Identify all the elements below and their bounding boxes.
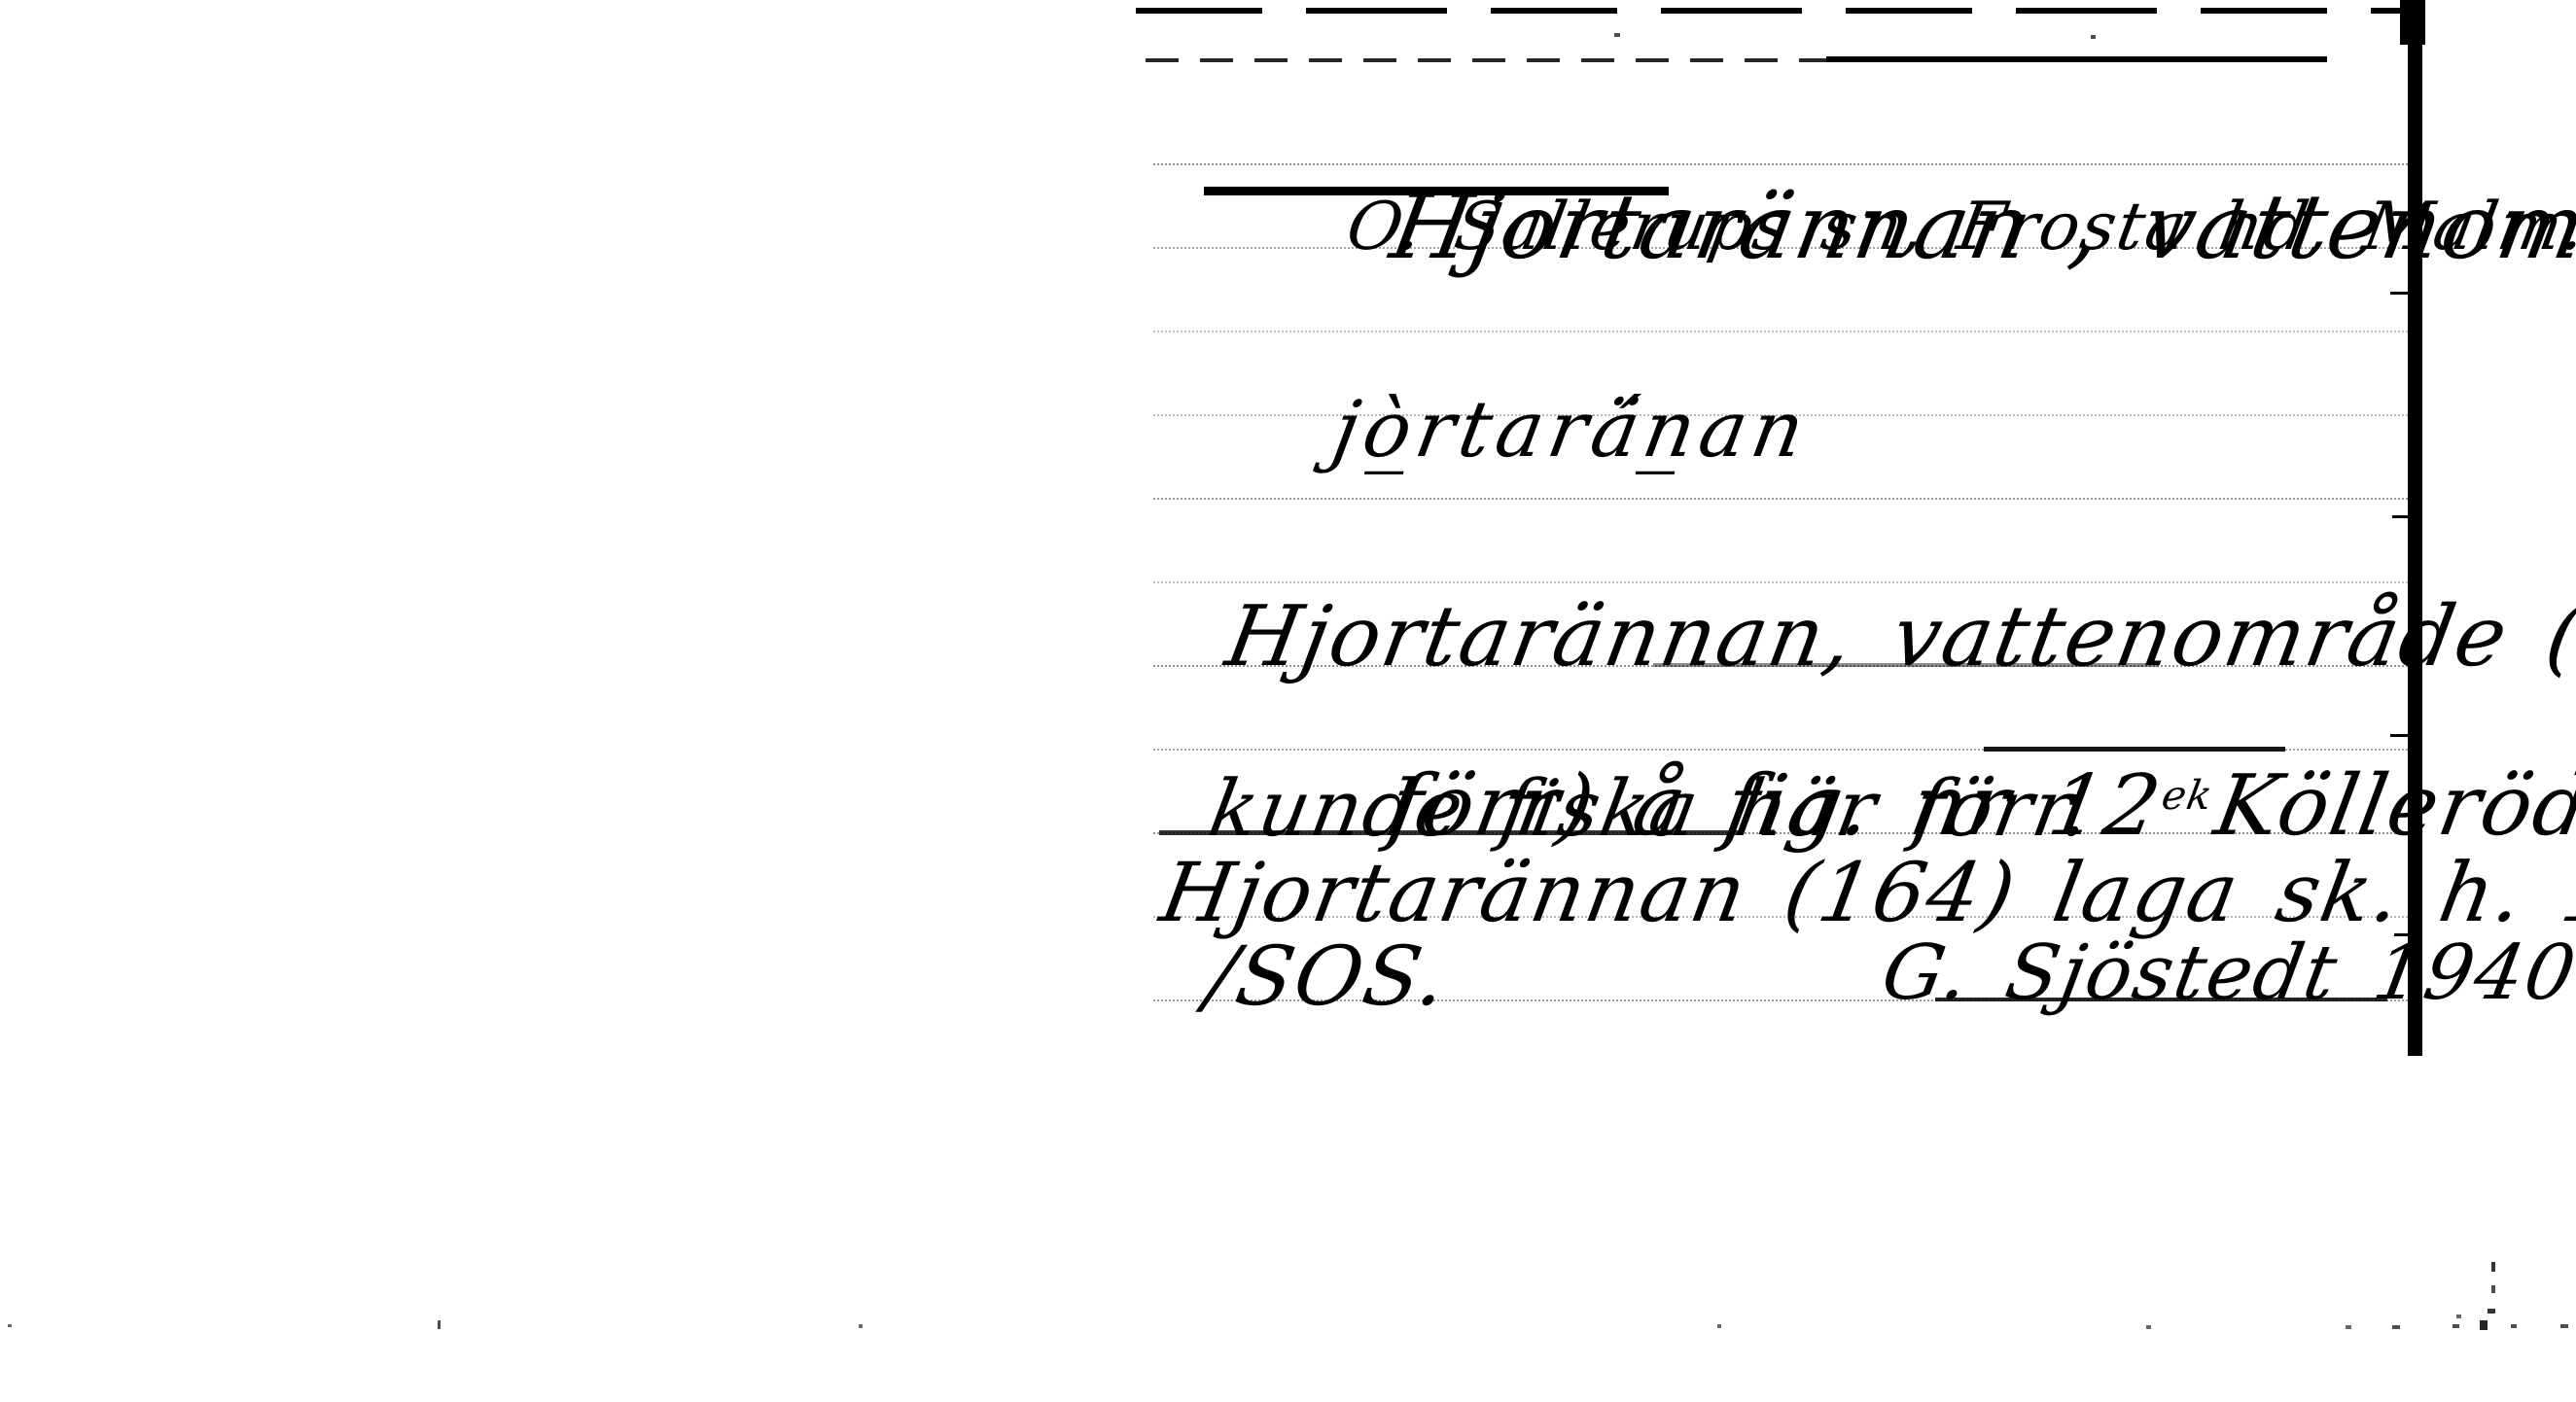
speck xyxy=(1614,33,1620,37)
speck xyxy=(2346,1325,2351,1329)
body-line-2-post: Kölleröd. Man xyxy=(2208,757,2576,855)
speck xyxy=(438,1320,441,1329)
speck xyxy=(2480,1320,2488,1330)
scan-edge-bar-top-blob xyxy=(2400,0,2425,45)
speck xyxy=(8,1324,12,1327)
speck xyxy=(2146,1325,2151,1329)
speck xyxy=(2560,1324,2568,1328)
speck xyxy=(859,1324,863,1328)
body-line-1: Hjortarännan, vattenområde (smalt xyxy=(1220,595,2576,679)
signature-name-year: G. Sjöstedt 1940. xyxy=(1877,935,2576,1011)
speck xyxy=(2091,35,2096,39)
card-top-edge-line-1 xyxy=(1136,8,2400,14)
speck xyxy=(2392,1325,2400,1329)
speck xyxy=(2511,1324,2517,1328)
ruled-line xyxy=(1153,581,2408,583)
reference-line: Hjortarännan (164) laga sk. h. 1832. xyxy=(1155,852,2576,933)
speck xyxy=(2488,1309,2495,1314)
speck xyxy=(1717,1324,1721,1328)
inserted-superscript: ek xyxy=(2158,772,2216,819)
signature-abbreviation: /SOS. xyxy=(1201,935,1455,1017)
card-top-edge-line-2-solid xyxy=(1826,56,2327,62)
speck xyxy=(2456,1314,2461,1318)
card-top-edge-line-2-dashed xyxy=(1146,58,1826,62)
speck xyxy=(2452,1324,2459,1328)
body-line-3: kunde fiska här förr. xyxy=(1204,770,2098,848)
speck xyxy=(2491,1285,2495,1293)
ruled-line xyxy=(1153,498,2408,500)
speck xyxy=(2491,1262,2495,1272)
scanned-archive-card: Hjortarännan , vattenområde i Ö. Salleru… xyxy=(0,0,2576,1402)
scan-edge-tick xyxy=(2392,515,2410,518)
location-line: Ö. Sallerups sn, Frosta hd, Malm. l. xyxy=(1342,194,2576,261)
phonetic-line: jò̲rtarä́n̲an xyxy=(1327,391,1816,469)
